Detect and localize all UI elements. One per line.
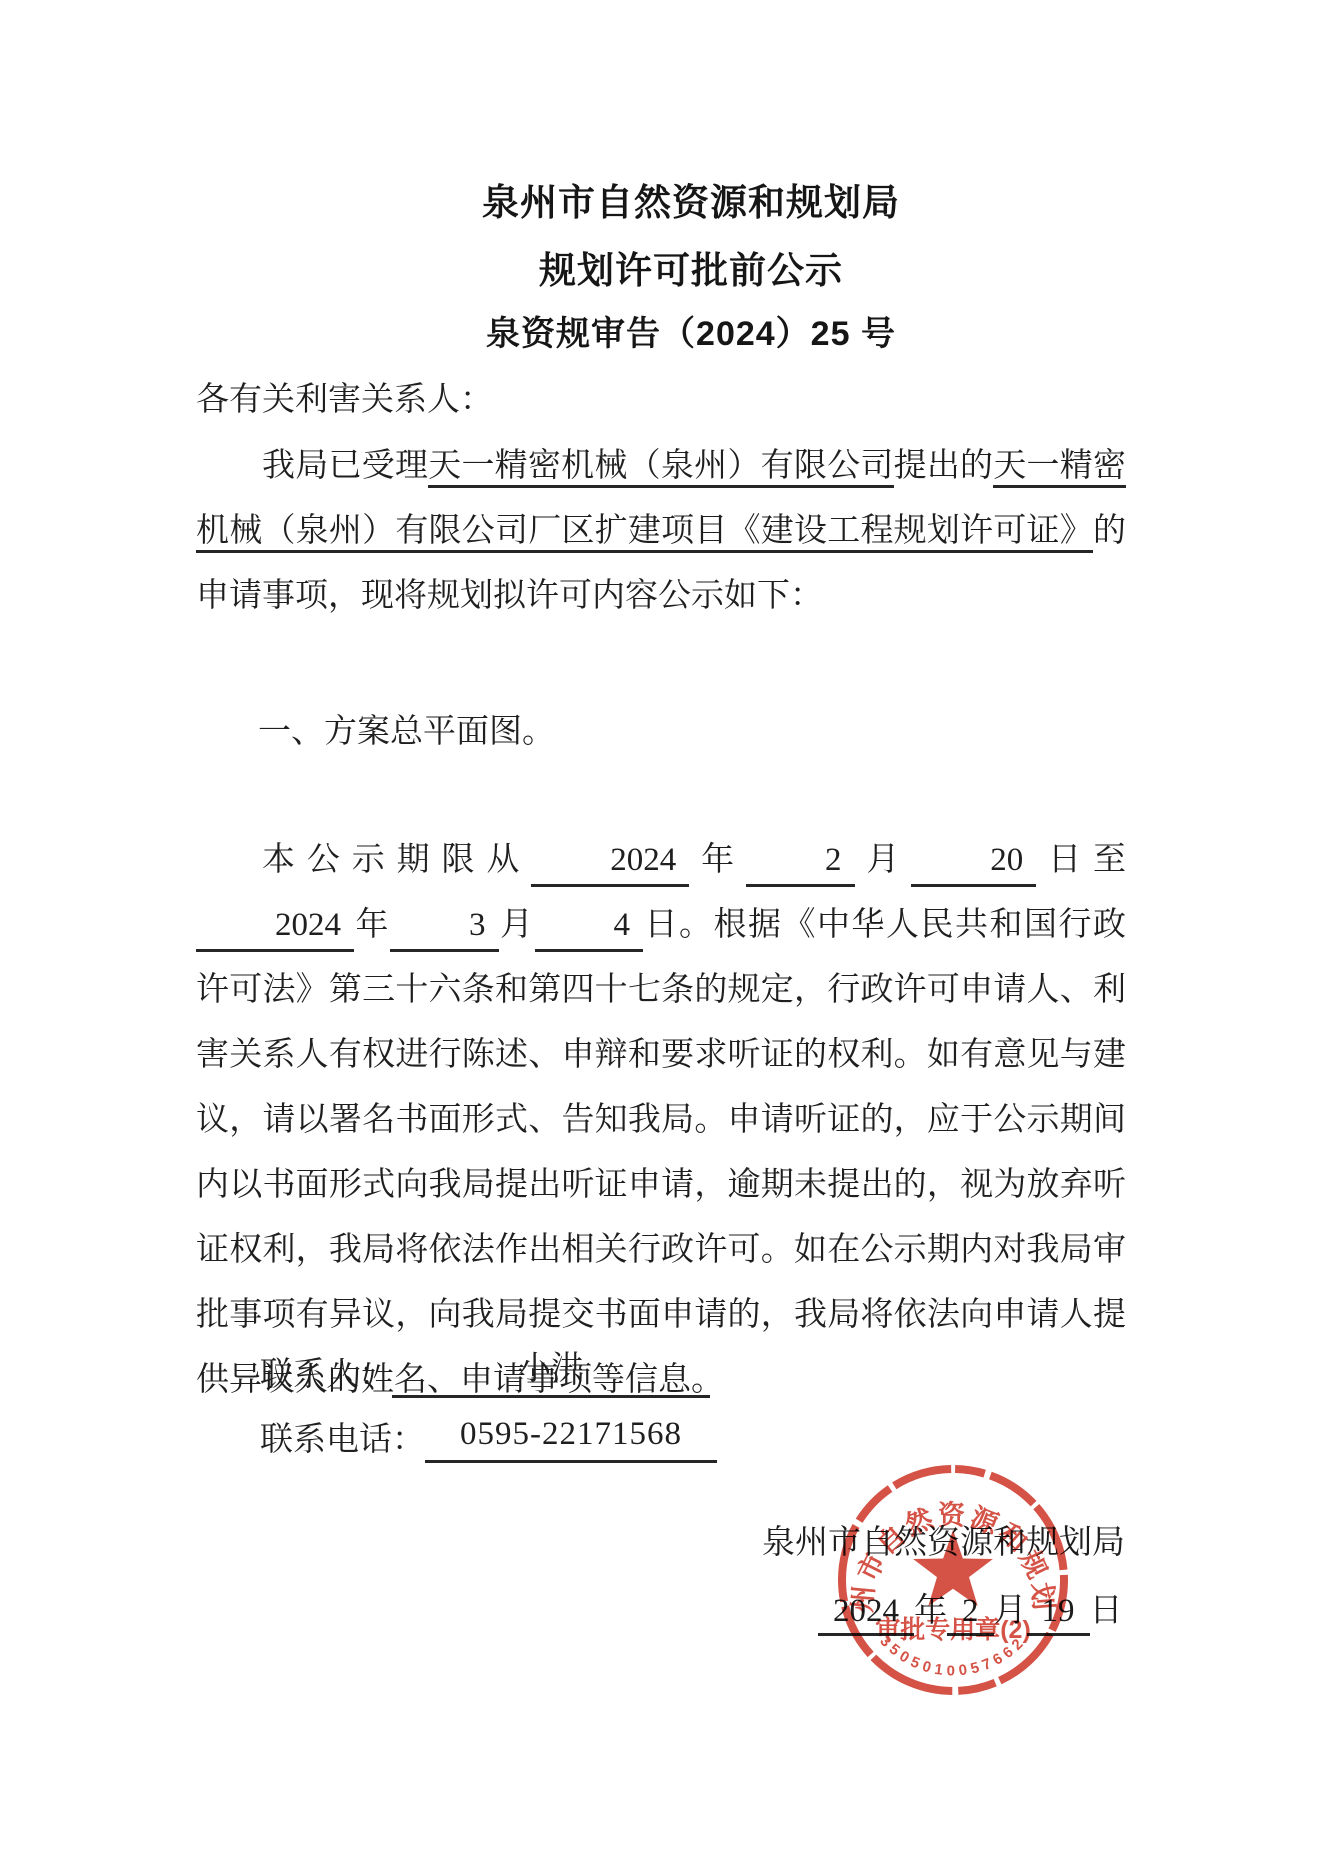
start-month-blank: 2 <box>746 836 855 887</box>
contact-person-label: 联系人： <box>260 1357 392 1393</box>
contact-phone-row: 联系电话：0595-22171568 <box>260 1411 717 1463</box>
p2-s2: 年 <box>689 842 746 878</box>
end-day-blank: 4 <box>535 901 644 952</box>
sign-day-unit: 日 <box>1090 1593 1123 1629</box>
para1-lead: 我局已受理 <box>262 448 428 484</box>
paragraph-acceptance: 我局已受理天一精密机械（泉州）有限公司提出的天一精密机械（泉州）有限公司厂区扩建… <box>196 434 1126 629</box>
start-year-blank: 2024 <box>531 836 689 887</box>
section-item-1: 一、方案总平面图。 <box>258 700 1126 765</box>
sign-year-blank: 2024 <box>818 1589 914 1636</box>
seal-ring <box>842 1469 1064 1691</box>
official-seal: 泉州市自然资源和规划局 审批专用章(2) 3505010057662 <box>831 1458 1075 1702</box>
p2-s1: 本公示期限从 <box>262 842 531 878</box>
sign-year-unit: 年 <box>914 1593 947 1629</box>
end-month-blank: 3 <box>390 901 499 952</box>
sign-month-blank: 2 <box>947 1589 994 1636</box>
contact-phone-value: 0595-22171568 <box>425 1411 717 1463</box>
p2-s3: 月 <box>855 842 912 878</box>
start-day-blank: 20 <box>911 836 1036 887</box>
org-title: 泉州市自然资源和规划局 <box>196 172 1186 226</box>
signature-org: 泉州市自然资源和规划局 <box>762 1516 1125 1563</box>
contact-person-value: 小洪 <box>392 1346 710 1398</box>
end-year-blank: 2024 <box>196 901 354 952</box>
p2-s7: 日。根据《中华人民共和国行政许可法》第三十六条和第四十七条的规定，行政许可申请人… <box>196 907 1126 1398</box>
notice-title: 规划许可批前公示 <box>196 240 1186 294</box>
notice-document-page: { "header": { "org_title": "泉州市自然资源和规划局"… <box>0 0 1323 1870</box>
p2-s6: 月 <box>499 907 535 943</box>
applicant-name: 天一精密机械（泉州）有限公司 <box>428 448 893 488</box>
paragraph-notice-period: 本公示期限从2024年2月20日至2024年3月4日。根据《中华人民共和国行政许… <box>196 828 1126 1413</box>
seal-serial: 3505010057662 <box>876 1633 1029 1680</box>
sign-day-blank: 19 <box>1027 1589 1090 1636</box>
para1-mid: 提出的 <box>894 448 994 484</box>
p2-s4: 日至 <box>1036 842 1126 878</box>
p2-s5: 年 <box>354 907 390 943</box>
seal-serial-path: 3505010057662 <box>876 1633 1029 1680</box>
sign-month-unit: 月 <box>994 1593 1027 1629</box>
contact-phone-label: 联系电话： <box>260 1422 425 1458</box>
signature-date: 2024年2月19日 <box>818 1584 1123 1636</box>
contact-person-row: 联系人：小洪 <box>260 1346 710 1398</box>
doc-number: 泉资规审告（2024）25 号 <box>196 306 1186 355</box>
salutation: 各有关利害关系人： <box>196 368 1126 433</box>
